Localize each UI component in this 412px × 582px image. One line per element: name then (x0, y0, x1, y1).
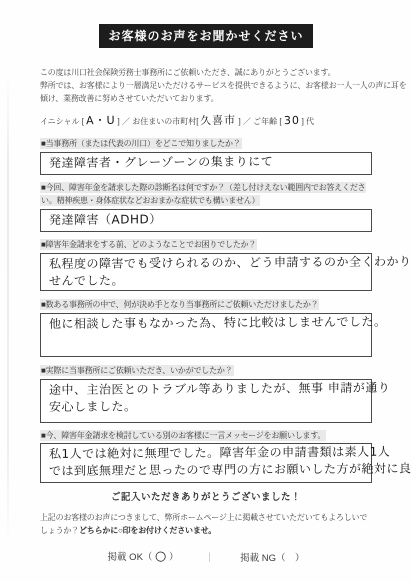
intro-line: 弊所では、お客様により一層満足いただけるサービスを提供できるように、お客様お一人… (40, 79, 372, 92)
question-label: ■今、障害年金請求を検討している別のお客様に一言メッセージをお願いします。 (40, 430, 326, 441)
publish-ok-close: ） (166, 552, 178, 563)
intro-line: 傾け、業務改善に努めさせていただいております。 (40, 92, 372, 105)
age-label: ] ／ ご年齢 [ (238, 116, 281, 127)
scan-edge-artifact (7, 70, 9, 552)
answer-box[interactable]: 他に相談した事もなかった為、特に比較はしませんでした。 (40, 313, 372, 357)
intro-line: この度は川口社会保険労務士事務所にご依頼いただき、誠にありがとうございます。 (40, 66, 372, 79)
question-label: ■今回、障害年金を請求した際の診断名は何ですか？（差し付けえない範囲内でお答えく… (40, 182, 366, 206)
question-section-5: ■実際に当事務所にご依頼いただき、いかがでしたか？ 途中、主治医とのトラブル等あ… (40, 363, 372, 423)
publish-consent-note: 上記のお客様のお声につきまして、弊所ホームページ上に掲載させていただいてもよろし… (40, 511, 372, 537)
scanned-feedback-form: お客様のお声をお聞かせください この度は川口社会保険労務士事務所にご依頼いただき… (0, 0, 412, 582)
consent-note-bold: どちらかに○印をお付けくださいませ。 (79, 526, 216, 535)
publish-consent-row: 掲載 OK（ ○ ） ｜ 掲載 NG（ ） (40, 549, 372, 564)
question-label: ■障害年金請求をする前、どのようなことでお困りでしたか？ (40, 239, 257, 250)
question-section-3: ■障害年金請求をする前、どのようなことでお困りでしたか？ 私程度の障害でも受けら… (40, 237, 372, 291)
form-header: お客様のお声をお聞かせください (0, 24, 412, 48)
question-label: ■当事務所（または代表の川口）をどこで知りましたか？ (40, 138, 242, 149)
answer-box[interactable]: 私1人では絶対に無理でした。障害年金の申請書類は素人1人 では到底無理だと思った… (40, 443, 372, 483)
age-value[interactable]: 30 (281, 114, 301, 127)
thank-you-message: ご記入いただきありがとうございました！ (40, 489, 372, 503)
answer-box[interactable]: 発達障害者・グレーゾーンの集まりにて (40, 152, 372, 175)
answer-box[interactable]: 発達障害（ADHD） (40, 209, 372, 232)
initial-value[interactable]: A・U (84, 112, 118, 129)
answer-box[interactable]: 途中、主治医とのトラブル等ありましたが、無事 申請が通り 安心しました。 (40, 379, 372, 423)
city-label: ] ／ お住まいの市町村[ (118, 116, 199, 127)
handwritten-answer-line: 私程度の障害でも受けられるのか、どう申請するのか全くわかりま (49, 254, 363, 273)
city-value[interactable]: 久喜市 (198, 112, 238, 129)
intro-paragraph: この度は川口社会保険労務士事務所にご依頼いただき、誠にありがとうございます。 弊… (40, 66, 372, 105)
handwritten-answer-line: 安心しました。 (49, 397, 363, 416)
answer-box[interactable]: 私程度の障害でも受けられるのか、どう申請するのか全くわかりま せんでした。 (40, 253, 372, 291)
question-section-2: ■今回、障害年金を請求した際の診断名は何ですか？（差し付けえない範囲内でお答えく… (40, 180, 372, 232)
respondent-info-line: イニシャル [ A・U ] ／ お住まいの市町村[ 久喜市 ] ／ ご年齢 [ … (40, 112, 372, 128)
question-section-4: ■数ある事務所の中で、何が決め手となり当事務所にご依頼いただけましたか？ 他に相… (40, 297, 372, 357)
ok-circle-mark: ○ (154, 548, 167, 564)
age-suffix-label: ] 代 (302, 116, 314, 127)
handwritten-answer-line: 私1人では絶対に無理でした。障害年金の申請書類は素人1人 (49, 444, 363, 463)
question-label: ■実際に当事務所にご依頼いただき、いかがでしたか？ (40, 365, 234, 376)
handwritten-answer-line: せんでした。 (49, 271, 363, 290)
initial-label: イニシャル [ (40, 116, 84, 127)
form-title: お客様のお声をお聞かせください (99, 24, 312, 48)
handwritten-answer-line: 発達障害（ADHD） (49, 210, 363, 229)
handwritten-answer-line: では到底無理だと思ったので専門の方にお願いした方が絶対に良いです (49, 461, 363, 480)
handwritten-answer-line: 他に相談した事もなかった為、特に比較はしませんでした。 (49, 314, 363, 333)
publish-ok-label: 掲載 OK（ (108, 552, 156, 563)
handwritten-answer-line: 途中、主治医とのトラブル等ありましたが、無事 申請が通り (49, 380, 363, 399)
consent-separator: ｜ (205, 550, 215, 564)
publish-ok-option[interactable]: 掲載 OK（ ○ ） (108, 549, 179, 564)
question-section-6: ■今、障害年金請求を検討している別のお客様に一言メッセージをお願いします。 私1… (40, 428, 372, 483)
handwritten-answer-line: 発達障害者・グレーゾーンの集まりにて (49, 153, 363, 172)
question-label: ■数ある事務所の中で、何が決め手となり当事務所にご依頼いただけましたか？ (40, 299, 319, 310)
question-section-1: ■当事務所（または代表の川口）をどこで知りましたか？ 発達障害者・グレーゾーンの… (40, 136, 372, 175)
publish-ng-option[interactable]: 掲載 NG（ ） (240, 550, 304, 564)
